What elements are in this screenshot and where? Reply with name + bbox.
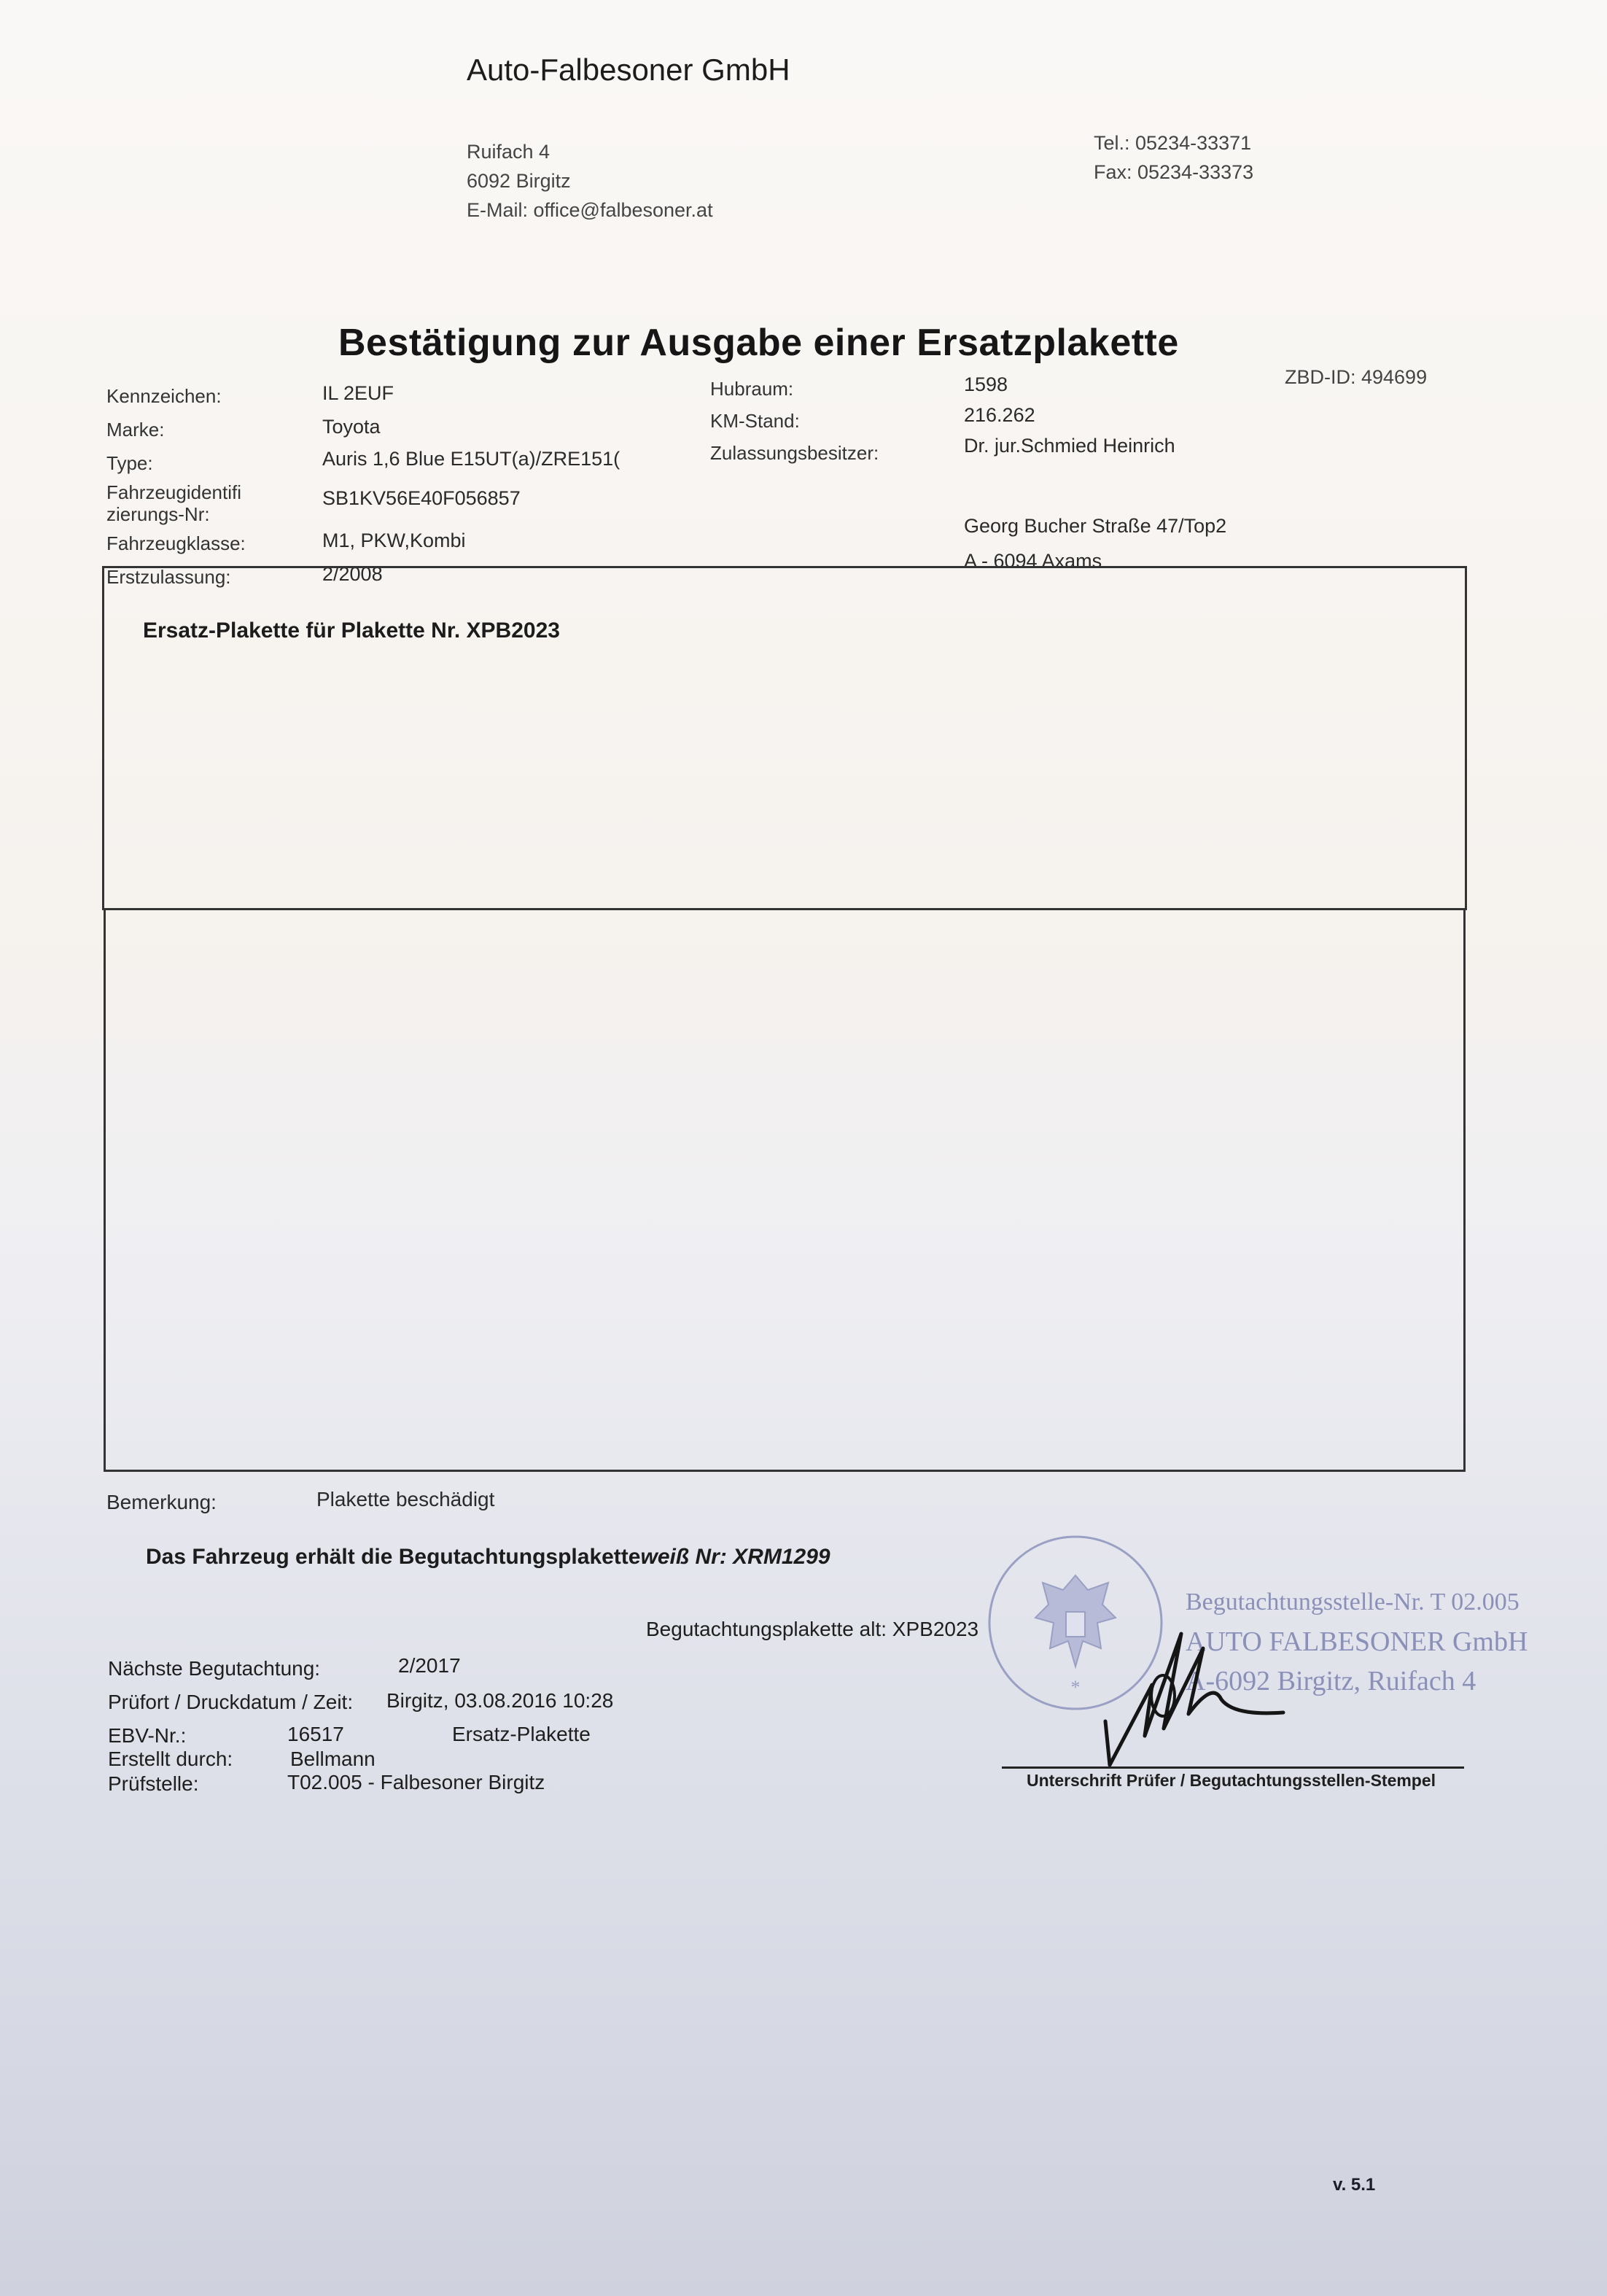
ebv-value: 16517 [287, 1723, 344, 1746]
notes-box [104, 910, 1466, 1472]
zbd-id: ZBD-ID: 494699 [1285, 366, 1427, 389]
label-fin: Fahrzeugidentifi zierungs-Nr: [106, 481, 274, 525]
station-label: Prüfstelle: [108, 1772, 199, 1796]
plakette-number: weiß Nr: XRM1299 [640, 1545, 830, 1569]
owner-street: Georg Bucher Straße 47/Top2 [964, 515, 1226, 538]
created-by-value: Bellmann [290, 1748, 376, 1771]
company-name: Auto-Falbesoner GmbH [467, 53, 790, 88]
svg-text:*: * [1071, 1677, 1081, 1698]
value-hubraum: 1598 [964, 373, 1008, 396]
value-fahrzeugklasse: M1, PKW,Kombi [322, 530, 466, 552]
company-contact: Tel.: 05234-33371 Fax: 05234-33373 [1094, 128, 1253, 187]
pruefort-value: Birgitz, 03.08.2016 10:28 [386, 1689, 613, 1713]
contact-fax: Fax: 05234-33373 [1094, 158, 1253, 187]
pruefort-label: Prüfort / Druckdatum / Zeit: [108, 1691, 353, 1714]
contact-tel: Tel.: 05234-33371 [1094, 128, 1253, 158]
label-type: Type: [106, 452, 153, 475]
value-kennzeichen: IL 2EUF [322, 382, 394, 405]
plakette-text: Das Fahrzeug erhält die Begutachtungspla… [146, 1545, 640, 1569]
address-email: E-Mail: office@falbesoner.at [467, 195, 713, 225]
signature-line [1002, 1766, 1464, 1769]
label-hubraum: Hubraum: [710, 378, 793, 400]
version-label: v. 5.1 [1333, 2175, 1375, 2195]
address-street: Ruifach 4 [467, 137, 713, 166]
next-inspection-label: Nächste Begutachtung: [108, 1657, 320, 1680]
signature-icon [1094, 1619, 1327, 1780]
stamp-line-1: Begutachtungsstelle-Nr. T 02.005 [1186, 1583, 1528, 1622]
document-title: Bestätigung zur Ausgabe einer Ersatzplak… [338, 321, 1179, 365]
ebv-label: EBV-Nr.: [108, 1724, 186, 1748]
address-city: 6092 Birgitz [467, 166, 713, 195]
value-marke: Toyota [322, 416, 381, 438]
plakette-statement: Das Fahrzeug erhält die Begutachtungspla… [146, 1545, 830, 1570]
next-inspection-value: 2/2017 [398, 1654, 461, 1678]
station-value: T02.005 - Falbesoner Birgitz [287, 1771, 545, 1794]
value-zulassungsbesitzer: Dr. jur.Schmied Heinrich [964, 435, 1175, 457]
ebv-type: Ersatz-Plakette [452, 1723, 591, 1746]
ersatz-box [102, 566, 1467, 910]
remark-value: Plakette beschädigt [316, 1488, 494, 1511]
signature-caption: Unterschrift Prüfer / Begutachtungsstell… [1027, 1771, 1436, 1791]
plakette-old: Begutachtungsplakette alt: XPB2023 [646, 1618, 978, 1641]
label-fahrzeugklasse: Fahrzeugklasse: [106, 532, 246, 555]
label-kennzeichen: Kennzeichen: [106, 385, 222, 408]
remark-label: Bemerkung: [106, 1491, 217, 1514]
ersatz-plakette-text: Ersatz-Plakette für Plakette Nr. XPB2023 [143, 618, 560, 643]
value-fin: SB1KV56E40F056857 [322, 487, 521, 510]
created-by-label: Erstellt durch: [108, 1748, 233, 1771]
label-marke: Marke: [106, 419, 164, 441]
label-zulassungsbesitzer: Zulassungsbesitzer: [710, 442, 879, 465]
company-address: Ruifach 4 6092 Birgitz E-Mail: office@fa… [467, 137, 713, 225]
value-type: Auris 1,6 Blue E15UT(a)/ZRE151( [322, 448, 620, 470]
label-km-stand: KM-Stand: [710, 410, 800, 433]
value-km-stand: 216.262 [964, 404, 1035, 427]
